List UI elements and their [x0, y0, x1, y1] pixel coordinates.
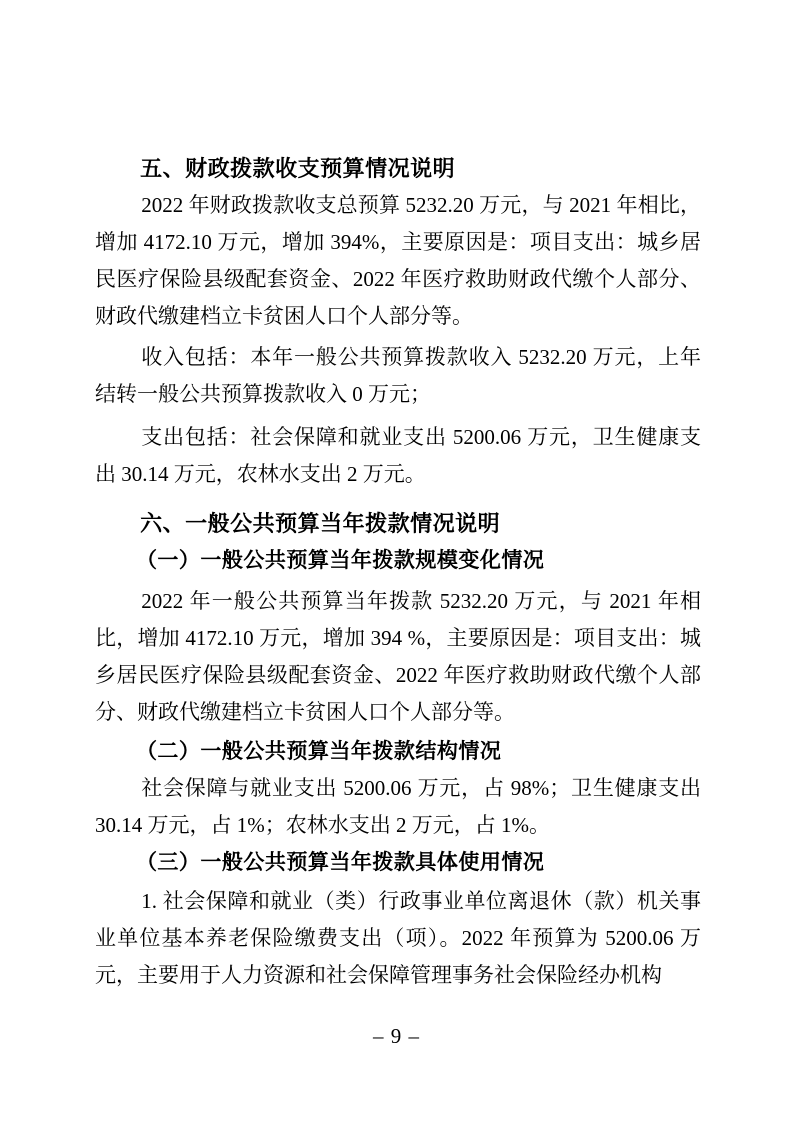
paragraph-expenditure-breakdown: 支出包括：社会保障和就业支出 5200.06 万元，卫生健康支出 30.14 万…: [95, 419, 701, 493]
section-heading-fiscal-appropriation: 五、财政拨款收支预算情况说明: [95, 150, 701, 187]
subsection-heading-scale-change: （一）一般公共预算当年拨款规模变化情况: [95, 542, 701, 579]
document-content: 五、财政拨款收支预算情况说明 2022 年财政拨款收支总预算 5232.20 万…: [95, 150, 701, 994]
document-page: 五、财政拨款收支预算情况说明 2022 年财政拨款收支总预算 5232.20 万…: [0, 0, 793, 1122]
page-number: – 9 –: [0, 1024, 793, 1048]
paragraph-fiscal-total-budget: 2022 年财政拨款收支总预算 5232.20 万元，与 2021 年相比，增加…: [95, 187, 701, 335]
subsection-heading-specific-usage: （三）一般公共预算当年拨款具体使用情况: [95, 844, 701, 881]
section-heading-general-budget: 六、一般公共预算当年拨款情况说明: [95, 505, 701, 542]
paragraph-specific-usage: 1. 社会保障和就业（类）行政事业单位离退休（款）机关事业单位基本养老保险缴费支…: [95, 883, 701, 994]
subsection-heading-structure: （二）一般公共预算当年拨款结构情况: [95, 733, 701, 770]
paragraph-scale-change: 2022 年一般公共预算当年拨款 5232.20 万元，与 2021 年相比，增…: [95, 583, 701, 731]
paragraph-income-breakdown: 收入包括：本年一般公共预算拨款收入 5232.20 万元，上年结转一般公共预算拨…: [95, 339, 701, 413]
paragraph-structure: 社会保障与就业支出 5200.06 万元，占 98%；卫生健康支出 30.14 …: [95, 770, 701, 844]
